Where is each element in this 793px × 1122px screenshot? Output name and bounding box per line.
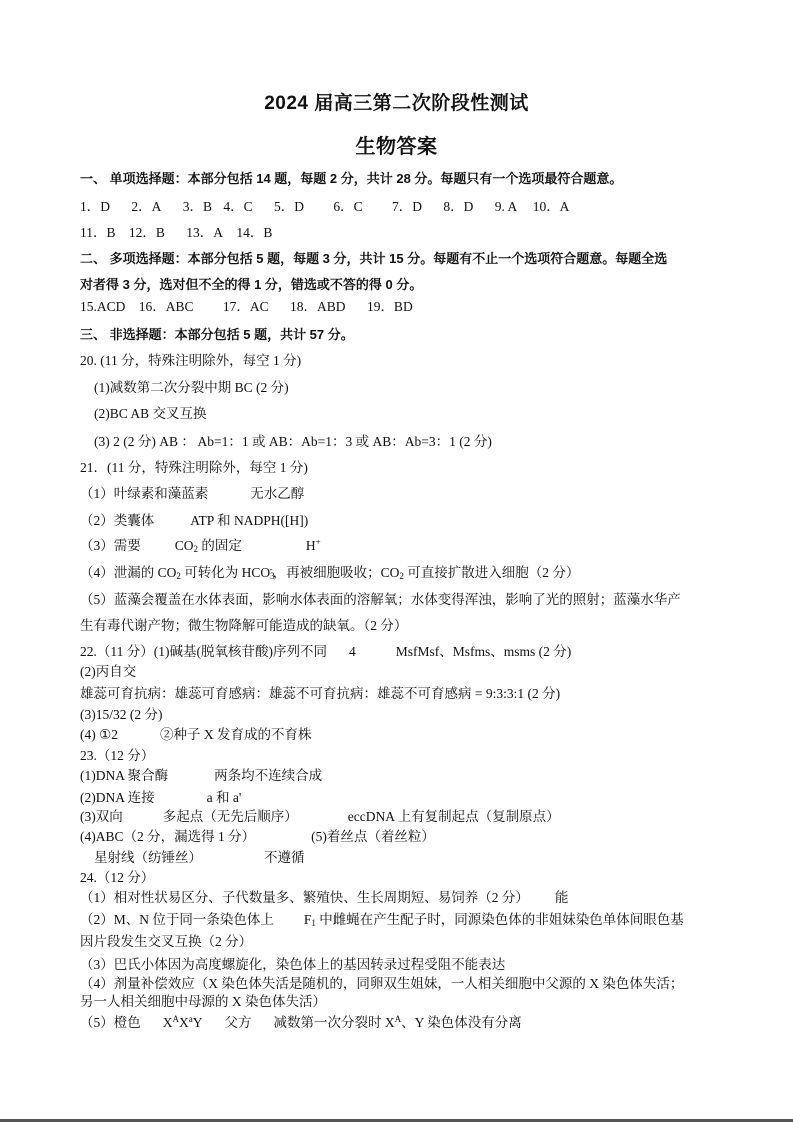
- q21-part-1-answer-b: 无水乙醇: [250, 486, 304, 501]
- section-2-answers: 15.ACD 16．ABC 17．AC 18．ABD 19．BD: [80, 298, 413, 316]
- q22-part-2: (2)丙自交: [80, 663, 136, 681]
- answer-14: 14．B: [236, 225, 272, 240]
- q23-part-2: (2)DNA 连接a 和 a': [80, 789, 241, 807]
- q20-part-1: (1)减数第二次分裂中期 BC (2 分): [94, 379, 289, 397]
- q21-part-4: （4）泄漏的 CO2 可转化为 HCO3-，再被细胞吸收；CO2 可直接扩散进入…: [80, 564, 579, 582]
- answer-5: 5．D: [274, 199, 304, 214]
- q20-heading: 20. (11 分，特殊注明除外，每空 1 分): [80, 352, 301, 370]
- q24-part-4-line-2: 另一人相关细胞中母源的 X 染色体失活）: [80, 993, 326, 1011]
- section-1-answers-row-1: 1．D 2．A 3．B 4．C 5．D 6．C 7．D 8．D 9. A 10．…: [80, 198, 569, 216]
- q23-part-4-5: (4)ABC（2 分，漏选得 1 分）(5)着丝点（着丝粒）: [80, 828, 435, 846]
- section-3-heading: 三、 非选择题：本部分包括 5 题，共计 57 分。: [80, 326, 354, 344]
- answer-15: 15.ACD: [80, 299, 125, 314]
- q24-part-2: （2）M、N 位于同一条染色体上F1 中雌蝇在产生配子时，同源染色体的非姐妹染色…: [80, 911, 684, 929]
- answer-8: 8．D: [443, 199, 473, 214]
- q22-part-2-ratio: 雄蕊可育抗病：雄蕊可育感病：雄蕊不可育抗病：雄蕊不可育感病 = 9:3:3:1 …: [80, 685, 560, 703]
- answer-11: 11．B: [80, 225, 116, 240]
- answer-4: 4．C: [223, 199, 252, 214]
- q21-part-2-answer-a: （2）类囊体: [80, 513, 154, 528]
- answer-3: 3．B: [183, 199, 212, 214]
- answer-12: 12．B: [129, 225, 165, 240]
- q21-part-1: （1）叶绿素和藻蓝素无水乙醇: [80, 485, 304, 503]
- answer-7: 7．D: [392, 199, 422, 214]
- document-title: 2024 届高三第二次阶段性测试: [0, 88, 793, 115]
- q21-heading: 21．(11 分，特殊注明除外，每空 1 分): [80, 459, 308, 477]
- answer-6: 6．C: [333, 199, 362, 214]
- q20-part-2: (2)BC AB 交叉互换: [94, 405, 207, 423]
- q24-part-4-line-1: （4）剂量补偿效应（X 染色体失活是随机的，同卵双生姐妹，一人相关细胞中父源的 …: [80, 975, 683, 993]
- q21-part-3-answer-b: CO2 的固定: [175, 538, 242, 553]
- q24-heading: 24.（12 分）: [80, 869, 154, 887]
- q24-part-2-line-2: 因片段发生交叉互换（2 分）: [80, 933, 252, 951]
- answer-10: 10．A: [533, 199, 570, 214]
- q21-part-3: （3）需要CO2 的固定H+: [80, 537, 321, 555]
- q21-part-3-answer-c: H+: [306, 538, 321, 553]
- answer-19: 19．BD: [367, 299, 413, 314]
- section-2-heading-line-2: 对者得 3 分，选对但不全的得 1 分，错选或不答的得 0 分。: [80, 276, 422, 294]
- q23-part-5-cont: 星射线（纺锤丝）不遵循: [94, 849, 305, 867]
- section-2-heading-line-1: 二、 多项选择题：本部分包括 5 题，每题 3 分，共计 15 分。每题有不止一…: [80, 250, 667, 268]
- q21-part-5-line-2: 生有毒代谢产物；微生物降解可能造成的缺氧。（2 分）: [80, 617, 407, 635]
- q22-part-3: (3)15/32 (2 分): [80, 706, 162, 724]
- answer-1: 1．D: [80, 199, 110, 214]
- answer-sheet-page: 2024 届高三第二次阶段性测试 生物答案 一、 单项选择题：本部分包括 14 …: [0, 0, 793, 1122]
- section-1-answers-row-2: 11．B 12．B 13．A 14．B: [80, 224, 272, 242]
- q24-part-3: （3）巴氏小体因为高度螺旋化，染色体上的基因转录过程受阻不能表达: [80, 956, 505, 974]
- q21-part-3-answer-a: （3）需要: [80, 538, 141, 553]
- q21-part-1-answer-a: （1）叶绿素和藻蓝素: [80, 486, 208, 501]
- q23-part-3: (3)双向多起点（无先后顺序）eccDNA 上有复制起点（复制原点）: [80, 808, 560, 826]
- document-subtitle: 生物答案: [0, 130, 793, 159]
- q21-part-2: （2）类囊体ATP 和 NADPH([H]): [80, 512, 308, 530]
- q22-part-4: (4) ①2②种子 X 发育成的不育株: [80, 726, 311, 744]
- section-1-heading: 一、 单项选择题：本部分包括 14 题，每题 2 分，共计 28 分。每题只有一…: [80, 170, 622, 188]
- q21-part-2-answer-b: ATP 和 NADPH([H]): [190, 513, 308, 528]
- q24-genotype: XAXaY: [163, 1015, 203, 1030]
- q24-part-1: （1）相对性状易区分、子代数量多、繁殖快、生长周期短、易饲养（2 分）能: [80, 889, 568, 907]
- q21-part-5-line-1: （5）蓝藻会覆盖在水体表面，影响水体表面的溶解氧；水体变得浑浊，影响了光的照射；…: [80, 591, 681, 609]
- answer-9: 9. A: [495, 199, 518, 214]
- q23-heading: 23.（12 分）: [80, 747, 154, 765]
- answer-18: 18．ABD: [290, 299, 346, 314]
- answer-17: 17．AC: [223, 299, 269, 314]
- answer-16: 16．ABC: [139, 299, 194, 314]
- answer-2: 2．A: [131, 199, 161, 214]
- q20-part-3: (3) 2 (2 分) AB ： Ab=1：1 或 AB：Ab=1：3 或 AB…: [94, 433, 492, 451]
- q24-part-5: （5）橙色XAXaY父方减数第一次分裂时 XA、Y 染色体没有分离: [80, 1014, 522, 1032]
- answer-13: 13．A: [186, 225, 223, 240]
- q23-part-1: (1)DNA 聚合酶两条均不连续合成: [80, 767, 322, 785]
- q22-heading: 22.（11 分）(1)碱基(脱氧核苷酸)序列不同4MsfMsf、Msfms、m…: [80, 643, 571, 661]
